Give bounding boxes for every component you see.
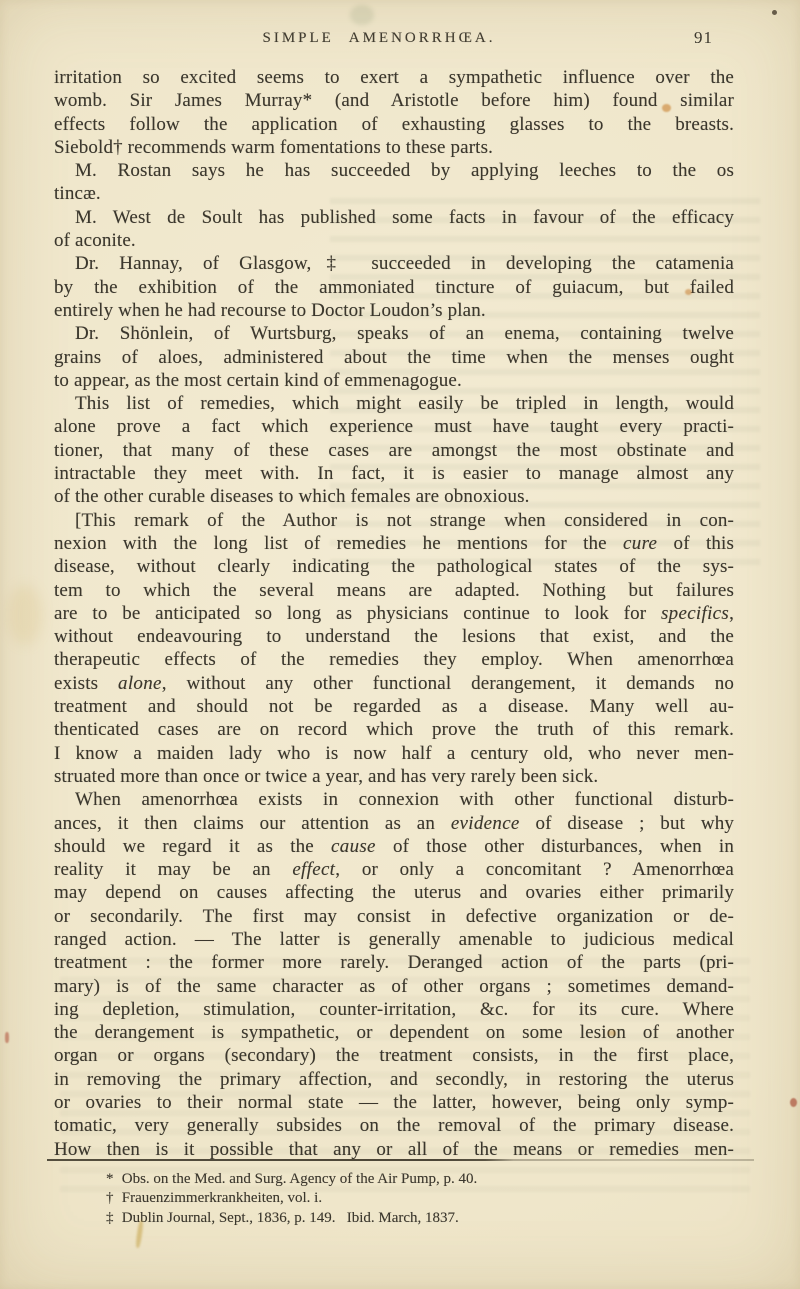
text-line: How then is it possible that any or all … [54,1138,734,1161]
text-line: womb. Sir James Murray* (and Aristotle b… [54,89,734,112]
footnote: * Obs. on the Med. and Surg. Agency of t… [106,1170,726,1189]
show-through-mark [350,5,374,25]
stain [8,585,42,645]
footnote-marker: † [106,1189,118,1208]
text-line: tem to which the several means are adapt… [54,579,734,602]
text-line: M. Rostan says he has succeeded by apply… [54,159,734,182]
text-line: to appear, as the most certain kind of e… [54,369,734,392]
footnote: ‡ Dublin Journal, Sept., 1836, p. 149. I… [106,1209,726,1228]
text-line: irritation so excited seems to exert a s… [54,66,734,89]
text-line: I know a maiden lady who is now half a c… [54,742,734,765]
footnote-marker: ‡ [106,1209,118,1228]
text-line: Siebold† recommends warm fomentations to… [54,136,734,159]
text-line: without endeavouring to understand the l… [54,625,734,648]
text-line: M. West de Soult has published some fact… [54,206,734,229]
text-line: ances, it then claims our attention as a… [54,812,734,835]
text-line: struated more than once or twice a year,… [54,765,734,788]
text-line: alone prove a fact which experience must… [54,415,734,438]
body-text: irritation so excited seems to exert a s… [54,66,734,1161]
text-line: in removing the primary affection, and s… [54,1068,734,1091]
text-line: thenticated cases are on record which pr… [54,718,734,741]
text-line: ranged action. — The latter is generally… [54,928,734,951]
text-line: should we regard it as the cause of thos… [54,835,734,858]
text-line: tomatic, very generally subsides on the … [54,1114,734,1137]
text-line: ing depletion, stimulation, counter-irri… [54,998,734,1021]
text-line: nexion with the long list of remedies he… [54,532,734,555]
running-title: SIMPLE AMENORRHŒA. [39,30,719,47]
page-number: 91 [694,28,713,48]
text-line: or ovaries to their normal state — the l… [54,1091,734,1114]
text-line: mary) is of the same character as of oth… [54,975,734,998]
book-page: SIMPLE AMENORRHŒA. 91 irritation so exci… [0,0,800,1289]
text-line: exists alone, without any other function… [54,672,734,695]
text-line: effects follow the application of exhaus… [54,113,734,136]
footnote-divider [47,1159,754,1161]
text-line: disease, without clearly indicating the … [54,555,734,578]
text-line: Dr. Hannay, of Glasgow,‡ succeeded in de… [54,252,734,275]
text-line: reality it may be an effect, or only a c… [54,858,734,881]
footnote: † Frauenzimmerkrankheiten, vol. i. [106,1189,726,1208]
text-line: by the exhibition of the ammoniated tinc… [54,276,734,299]
page-header: SIMPLE AMENORRHŒA. 91 [54,30,734,56]
text-line: the derangement is sympathetic, or depen… [54,1021,734,1044]
text-line: entirely when he had recourse to Doctor … [54,299,734,322]
text-line: organ or organs (secondary) the treatmen… [54,1044,734,1067]
text-line: of the other curable diseases to which f… [54,485,734,508]
text-line: may depend on causes affecting the uteru… [54,881,734,904]
footnotes: * Obs. on the Med. and Surg. Agency of t… [106,1170,726,1228]
text-line: This list of remedies, which might easil… [54,392,734,415]
text-line: therapeutic effects of the remedies they… [54,648,734,671]
text-line: Dr. Shönlein, of Wurtsburg, speaks of an… [54,322,734,345]
stain [772,10,777,15]
text-line: intractable they meet with. In fact, it … [54,462,734,485]
text-line: tioner, that many of these cases are amo… [54,439,734,462]
text-line: treatment : the former more rarely. Dera… [54,951,734,974]
text-line: When amenorrhœa exists in connexion with… [54,788,734,811]
stain [5,1032,9,1043]
text-line: treatment and should not be regarded as … [54,695,734,718]
text-line: tincæ. [54,182,734,205]
stain [790,1098,797,1107]
footnote-marker: * [106,1170,118,1189]
text-line: or secondarily. The first may consist in… [54,905,734,928]
text-line: of aconite. [54,229,734,252]
text-line: grains of aloes, administered about the … [54,346,734,369]
text-line: are to be anticipated so long as physici… [54,602,734,625]
text-line: [This remark of the Author is not strang… [54,509,734,532]
